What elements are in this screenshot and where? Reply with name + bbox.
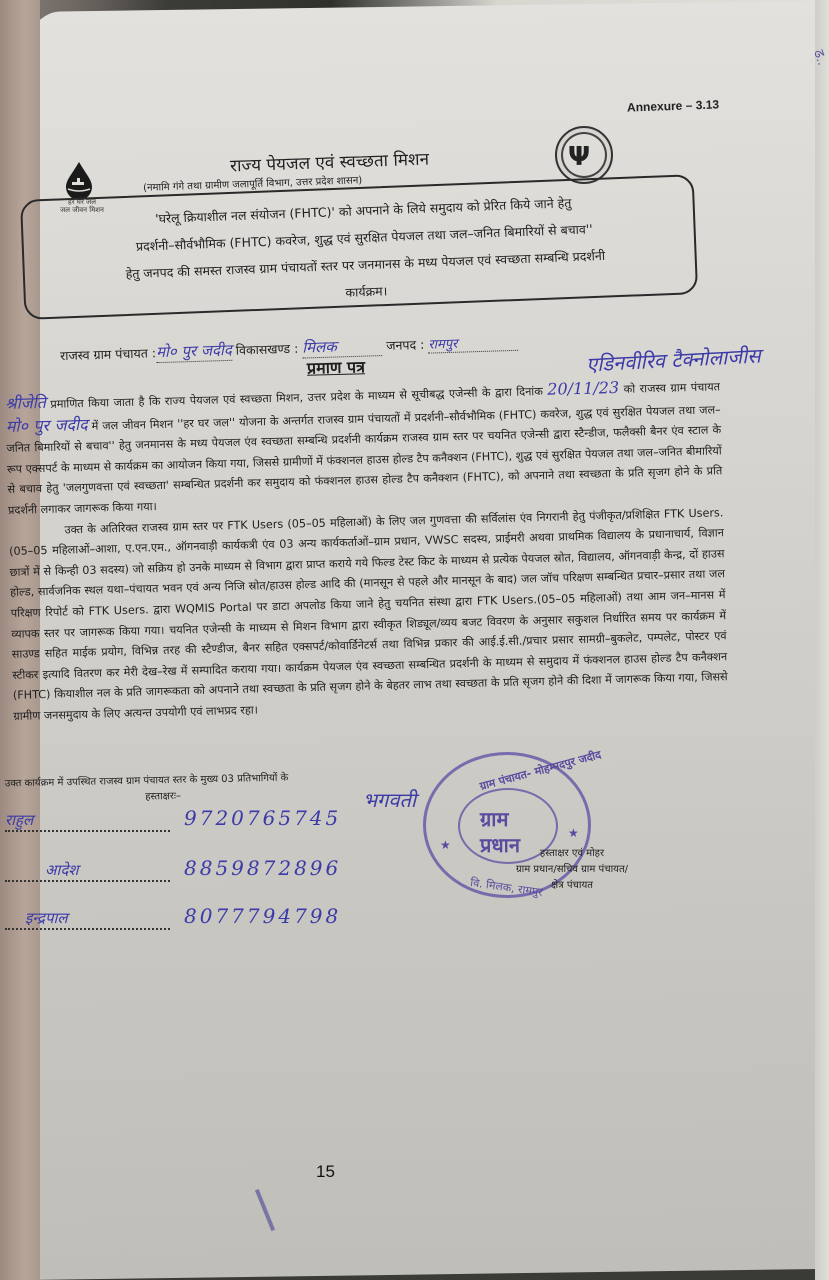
participant-phone: 8077794798 (184, 904, 341, 928)
paragraph-1: श्रीजेति प्रमाणित किया जाता है कि राज्य … (5, 375, 723, 521)
vikaskhand-label: विकासखण्ड : (236, 341, 299, 358)
stamp-main-line1: ग्राम (480, 806, 520, 832)
janpad-label: जनपद : (386, 337, 425, 353)
page-number: 15 (316, 1162, 335, 1182)
participant-row: आदेश8859872896 (5, 856, 341, 882)
participant-name: आदेश (5, 860, 170, 882)
participant-row: इन्द्रपाल8077794798 (5, 904, 341, 930)
janpad-value: रामपुर (428, 332, 519, 354)
sign-label-line3: क्षेत्र पंचायत (477, 878, 667, 894)
para1-text-b: के द्वारा दिनांक (482, 385, 543, 400)
water-drop-tap-icon (62, 160, 96, 200)
participant-name: राहुल (5, 810, 170, 832)
star-icon: ★ (440, 838, 451, 852)
participant-row: राहुल9720765745 (5, 806, 341, 832)
sign-label-line1: हस्ताक्षर एवं मोहर (477, 846, 667, 862)
margin-handwritten: श्रीजेति (5, 393, 46, 413)
paper-right-edge (815, 0, 829, 1280)
star-icon: ★ (568, 826, 579, 840)
pradhan-signature: भगवती (363, 786, 416, 813)
gram-panchayat-label: राजस्व ग्राम पंचायत : (60, 345, 156, 363)
gram-panchayat-value: मो० पुर जदीद (156, 340, 232, 363)
village-handwritten: मो० पुर जदीद (6, 414, 88, 435)
emblem-bow-glyph: Ψ (568, 142, 590, 172)
certificate-title: प्रमाण पत्र (307, 355, 365, 379)
paragraph-2: उक्त के अतिरिक्त राजस्व ग्राम स्तर पर FT… (8, 503, 728, 728)
participant-phone: 9720765745 (184, 806, 341, 830)
date-handwritten: 20/11/23 (547, 378, 619, 399)
para1-text-a: प्रमाणित किया जाता है कि राज्य पेयजल एवं… (50, 387, 477, 411)
participant-phone: 8859872896 (184, 856, 341, 880)
sign-label-line2: ग्राम प्रधान/सचिव ग्राम पंचायत/ (477, 862, 667, 878)
para1-text-c: को राजस्व ग्राम पंचायत (623, 380, 720, 396)
participant-name: इन्द्रपाल (5, 908, 170, 930)
sign-seal-label: हस्ताक्षर एवं मोहर ग्राम प्रधान/सचिव ग्र… (477, 846, 667, 894)
para1-text-d: में जल जीवन मिशन ''हर घर जल'' योजना के (91, 414, 278, 432)
certificate-body: श्रीजेति प्रमाणित किया जाता है कि राज्य … (5, 375, 728, 727)
